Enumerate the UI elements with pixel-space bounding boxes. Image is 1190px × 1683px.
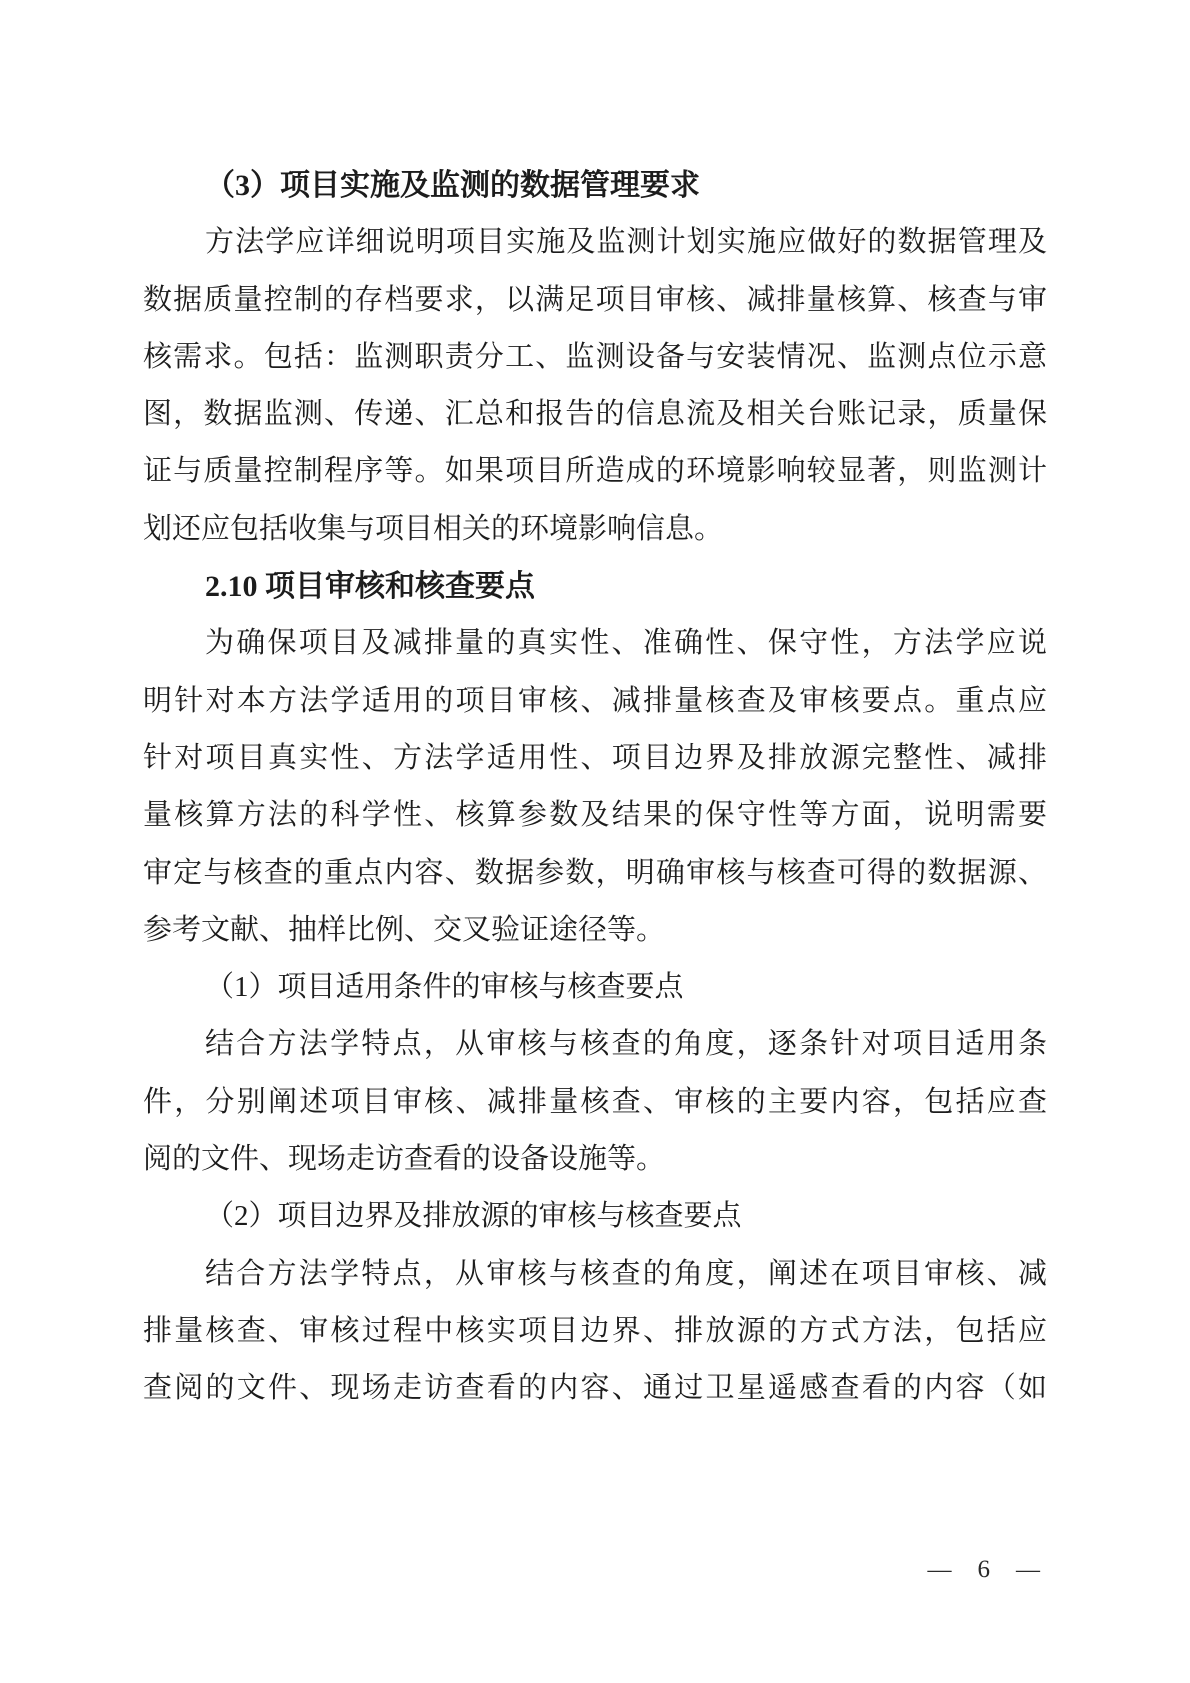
text-line: 核需求。包括：监测职责分工、监测设备与安装情况、监测点位示意: [143, 329, 1047, 386]
text-line: 数据质量控制的存档要求，以满足项目审核、减排量核算、核查与审: [143, 272, 1047, 329]
text-line: 量核算方法的科学性、核算参数及结果的保守性等方面，说明需要: [143, 787, 1047, 844]
text-line: 查阅的文件、现场走访查看的内容、通过卫星遥感查看的内容（如: [143, 1360, 1047, 1417]
text-line: 方法学应详细说明项目实施及监测计划实施应做好的数据管理及: [143, 214, 1047, 271]
text-line: 证与质量控制程序等。如果项目所造成的环境影响较显著，则监测计: [143, 443, 1047, 500]
footer-dash-right: —: [1016, 1557, 1040, 1584]
text-line: 结合方法学特点，从审核与核查的角度，阐述在项目审核、减: [143, 1246, 1047, 1303]
footer-page-number: 6: [978, 1556, 991, 1584]
text-line: 图，数据监测、传递、汇总和报告的信息流及相关台账记录，质量保: [143, 386, 1047, 443]
document-page: { "page": { "background": "#ffffff", "te…: [0, 0, 1190, 1683]
subsection-heading-1: （1）项目适用条件的审核与核查要点: [143, 959, 1047, 1016]
subsection-heading-2: （2）项目边界及排放源的审核与核查要点: [143, 1188, 1047, 1245]
text-line: 针对项目真实性、方法学适用性、项目边界及排放源完整性、减排: [143, 730, 1047, 787]
text-line: 明针对本方法学适用的项目审核、减排量核查及审核要点。重点应: [143, 673, 1047, 730]
section-heading-2-10: 2.10 项目审核和核查要点: [143, 558, 1047, 615]
text-line: 件，分别阐述项目审核、减排量核查、审核的主要内容，包括应查: [143, 1074, 1047, 1131]
text-body: （3）项目实施及监测的数据管理要求 方法学应详细说明项目实施及监测计划实施应做好…: [143, 157, 1047, 1418]
footer-dash-left: —: [928, 1557, 952, 1584]
text-line: 结合方法学特点，从审核与核查的角度，逐条针对项目适用条: [143, 1016, 1047, 1073]
text-line: 划还应包括收集与项目相关的环境影响信息。: [143, 501, 1047, 558]
text-line: 为确保项目及减排量的真实性、准确性、保守性，方法学应说: [143, 615, 1047, 672]
page-footer: — 6 —: [928, 1556, 1041, 1584]
text-line: 阅的文件、现场走访查看的设备设施等。: [143, 1131, 1047, 1188]
text-line: 参考文献、抽样比例、交叉验证途径等。: [143, 902, 1047, 959]
section-heading-data-management: （3）项目实施及监测的数据管理要求: [143, 157, 1047, 214]
text-line: 审定与核查的重点内容、数据参数，明确审核与核查可得的数据源、: [143, 845, 1047, 902]
text-line: 排量核查、审核过程中核实项目边界、排放源的方式方法，包括应: [143, 1303, 1047, 1360]
